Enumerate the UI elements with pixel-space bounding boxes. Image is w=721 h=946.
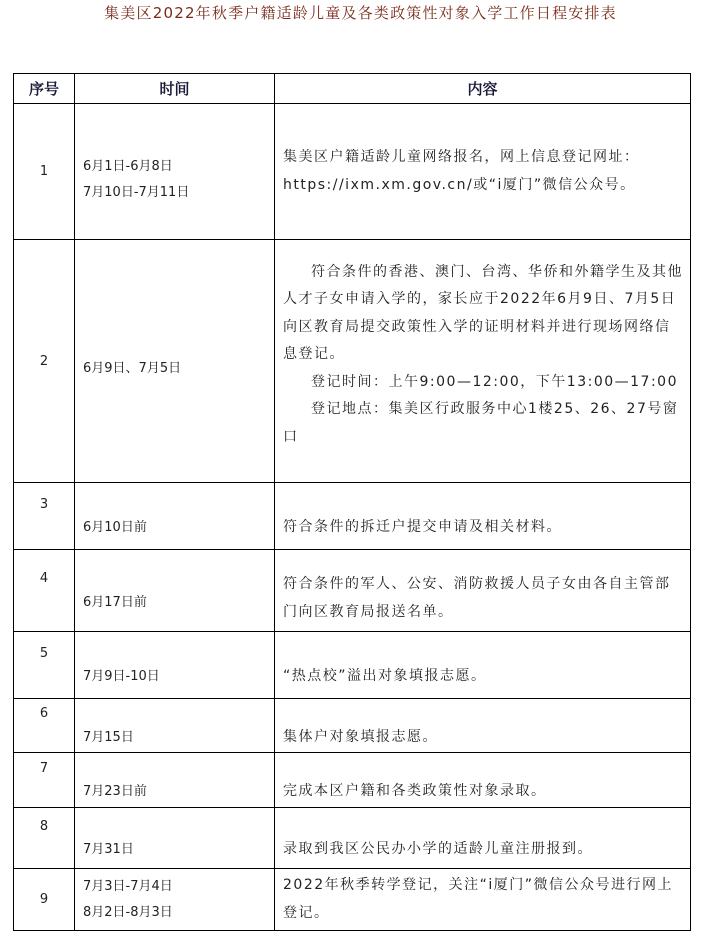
row-number-text: 1 (40, 164, 48, 179)
row-number: 1 (14, 104, 75, 240)
time-line: 7月10日-7月11日 (83, 180, 274, 206)
row-number-text: 5 (40, 646, 48, 661)
row-time: 6月9日、7月5日 (75, 240, 275, 483)
row-number: 6 (14, 699, 75, 753)
content-paragraph: 完成本区户籍和各类政策性对象录取。 (283, 778, 684, 806)
time-line: 7月23日前 (83, 779, 274, 805)
row-time: 7月15日 (75, 699, 275, 753)
row-content: 符合条件的拆迁户提交申请及相关材料。 (275, 483, 691, 550)
row-number-text: 8 (40, 819, 48, 834)
row-time: 7月3日-7月4日 8月2日-8月3日 (75, 869, 275, 931)
content-paragraph: 登记地点：集美区行政服务中心1楼25、26、27号窗口 (283, 396, 684, 451)
row-number-text: 6 (40, 706, 48, 721)
row-content: “热点校”溢出对象填报志愿。 (275, 632, 691, 699)
row-time: 7月23日前 (75, 753, 275, 808)
table-row: 7 7月23日前 完成本区户籍和各类政策性对象录取。 (14, 753, 691, 808)
row-number-text: 4 (40, 571, 48, 586)
row-time: 6月10日前 (75, 483, 275, 550)
table-row: 4 6月17日前 符合条件的军人、公安、消防救援人员子女由各自主管部门向区教育局… (14, 550, 691, 632)
content-paragraph: 登记时间：上午9:00—12:00，下午13:00—17:00 (283, 369, 684, 397)
content-paragraph: 2022年秋季转学登记，关注“i厦门”微信公众号进行网上登记。 (283, 872, 684, 927)
time-line: 6月1日-6月8日 (83, 154, 274, 180)
table-row: 2 6月9日、7月5日 符合条件的香港、澳门、台湾、华侨和外籍学生及其他人才子女… (14, 240, 691, 483)
time-line: 6月9日、7月5日 (83, 356, 274, 382)
content-paragraph: 集美区户籍适龄儿童网络报名，网上信息登记网址：https://ixm.xm.go… (283, 144, 684, 199)
time-line: 7月31日 (83, 837, 274, 863)
time-line: 7月9日-10日 (83, 664, 274, 690)
row-number: 9 (14, 869, 75, 931)
time-line: 7月3日-7月4日 (83, 874, 274, 900)
content-paragraph: 符合条件的香港、澳门、台湾、华侨和外籍学生及其他人才子女申请入学的，家长应于20… (283, 259, 684, 369)
row-number-text: 9 (40, 892, 48, 907)
row-number: 7 (14, 753, 75, 808)
header-content: 内容 (275, 74, 691, 104)
time-line: 6月17日前 (83, 590, 274, 616)
content-paragraph: 符合条件的军人、公安、消防救援人员子女由各自主管部门向区教育局报送名单。 (283, 571, 684, 626)
row-number-text: 7 (40, 761, 48, 776)
row-content: 完成本区户籍和各类政策性对象录取。 (275, 753, 691, 808)
schedule-table: 序号 时间 内容 1 6月1日-6月8日 7月10日-7月11日 集美区户籍适龄… (13, 73, 691, 931)
header-no: 序号 (14, 74, 75, 104)
content-paragraph: “热点校”溢出对象填报志愿。 (283, 663, 684, 691)
row-number: 3 (14, 483, 75, 550)
table-row: 3 6月10日前 符合条件的拆迁户提交申请及相关材料。 (14, 483, 691, 550)
row-number: 4 (14, 550, 75, 632)
row-time: 6月17日前 (75, 550, 275, 632)
row-content: 集美区户籍适龄儿童网络报名，网上信息登记网址：https://ixm.xm.go… (275, 104, 691, 240)
table-row: 9 7月3日-7月4日 8月2日-8月3日 2022年秋季转学登记，关注“i厦门… (14, 869, 691, 931)
table-row: 1 6月1日-6月8日 7月10日-7月11日 集美区户籍适龄儿童网络报名，网上… (14, 104, 691, 240)
table-row: 6 7月15日 集体户对象填报志愿。 (14, 699, 691, 753)
time-line: 7月15日 (83, 725, 274, 751)
row-number: 5 (14, 632, 75, 699)
row-time: 6月1日-6月8日 7月10日-7月11日 (75, 104, 275, 240)
row-number: 2 (14, 240, 75, 483)
table-row: 5 7月9日-10日 “热点校”溢出对象填报志愿。 (14, 632, 691, 699)
row-number-text: 2 (40, 354, 48, 369)
row-time: 7月31日 (75, 808, 275, 869)
row-number-text: 3 (40, 497, 48, 512)
header-time: 时间 (75, 74, 275, 104)
content-paragraph: 集体户对象填报志愿。 (283, 724, 684, 752)
row-content: 录取到我区公民办小学的适龄儿童注册报到。 (275, 808, 691, 869)
row-content: 2022年秋季转学登记，关注“i厦门”微信公众号进行网上登记。 (275, 869, 691, 931)
time-line: 6月10日前 (83, 515, 274, 541)
row-content: 符合条件的香港、澳门、台湾、华侨和外籍学生及其他人才子女申请入学的，家长应于20… (275, 240, 691, 483)
row-time: 7月9日-10日 (75, 632, 275, 699)
time-line: 8月2日-8月3日 (83, 900, 274, 926)
row-number: 8 (14, 808, 75, 869)
row-content: 符合条件的军人、公安、消防救援人员子女由各自主管部门向区教育局报送名单。 (275, 550, 691, 632)
document-title: 集美区2022年秋季户籍适龄儿童及各类政策性对象入学工作日程安排表 (0, 3, 721, 23)
table-header-row: 序号 时间 内容 (14, 74, 691, 104)
row-content: 集体户对象填报志愿。 (275, 699, 691, 753)
content-paragraph: 符合条件的拆迁户提交申请及相关材料。 (283, 514, 684, 542)
table-row: 8 7月31日 录取到我区公民办小学的适龄儿童注册报到。 (14, 808, 691, 869)
content-paragraph: 录取到我区公民办小学的适龄儿童注册报到。 (283, 836, 684, 864)
